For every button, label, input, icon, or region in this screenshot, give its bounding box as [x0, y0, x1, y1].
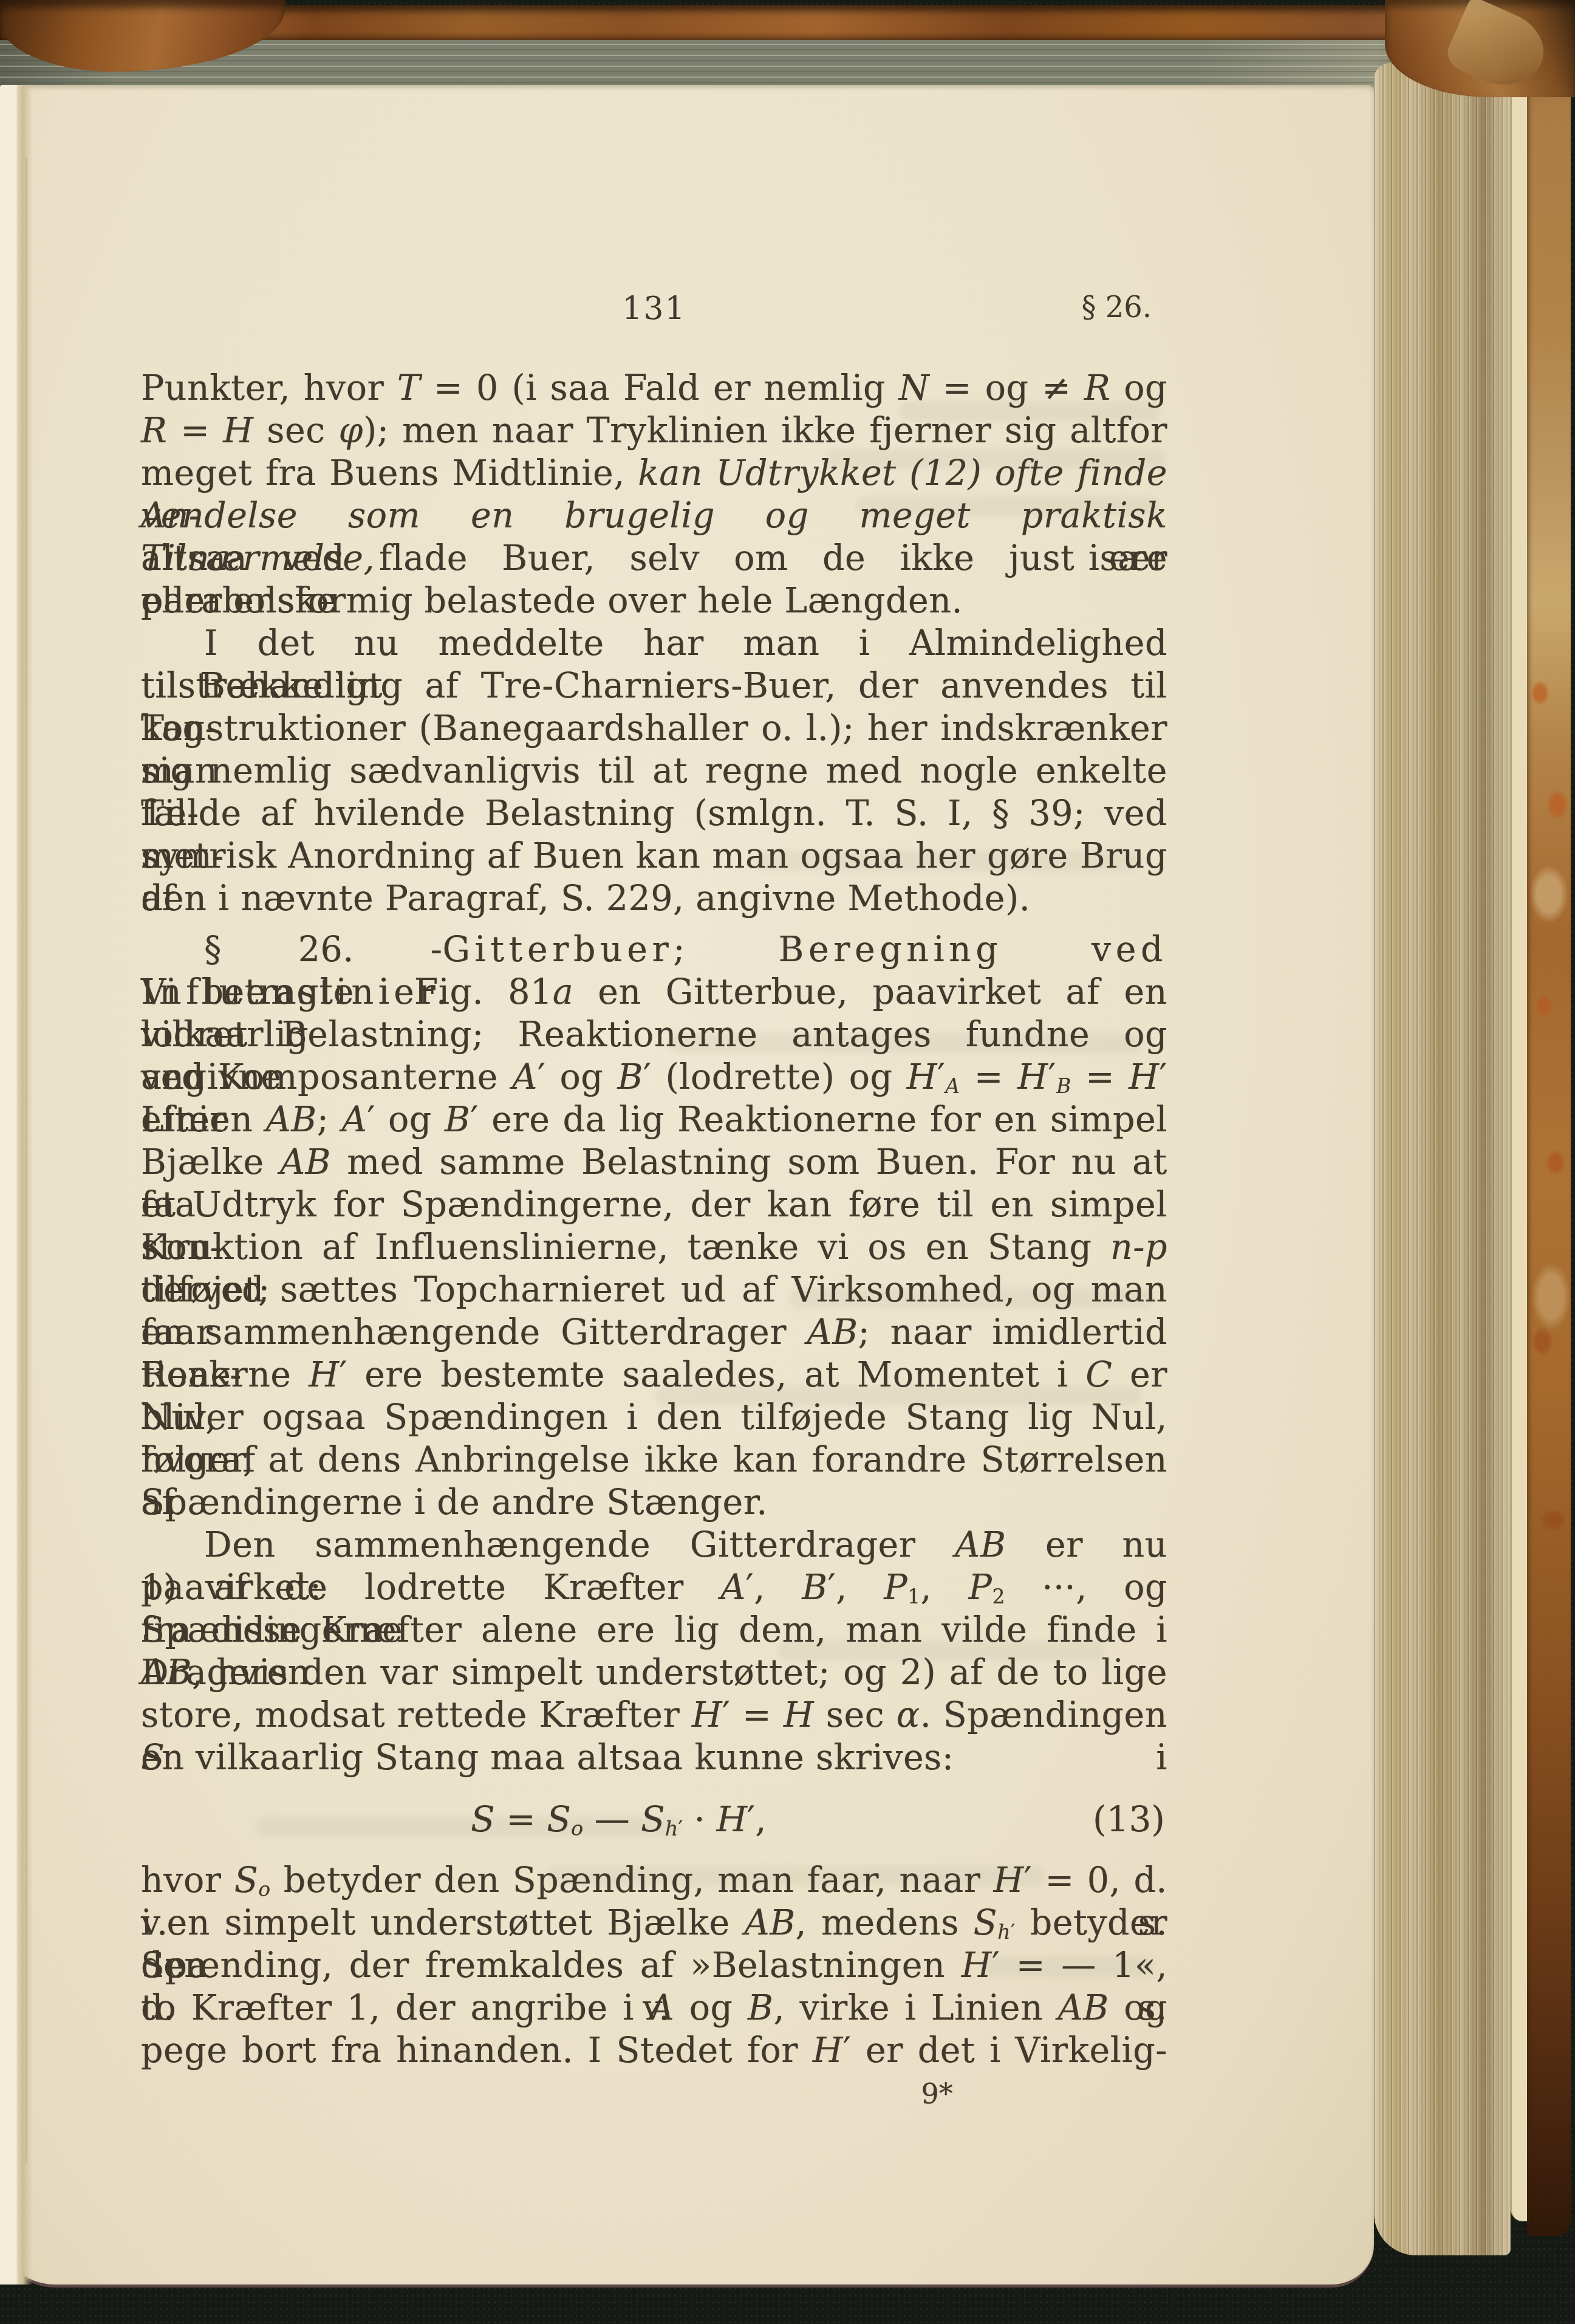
leather-cover-edge: [1527, 0, 1571, 2236]
text-line: vendelse som en brugelig og meget prakti…: [141, 495, 1167, 537]
book-scan: 131 § 26. Punkter, hvor T = 0 (i saa Fal…: [0, 0, 1575, 2324]
page-number: 131: [622, 290, 686, 327]
paragraph: Den sammenhængende Gitterdrager AB er nu…: [141, 1524, 1167, 1779]
formula-body: S = So — Sh′ · H′,: [141, 1798, 767, 1840]
text-line: metrisk Anordning af Buen kan man ogsaa …: [141, 835, 1167, 877]
text-line: fælde af hvilende Belastning (smlgn. T. …: [141, 792, 1167, 835]
text-line: to Kræfter 1, der angribe i A og B, virk…: [141, 1987, 1167, 2029]
text-line: konstruktioner (Banegaardshaller o. l.);…: [141, 707, 1167, 750]
formula: S = So — Sh′ · H′,(13): [141, 1795, 1167, 1843]
paragraph: I det nu meddelte har man i Almindelighe…: [141, 622, 1167, 920]
text-line: Den sammenhængende Gitterdrager AB er nu…: [141, 1524, 1167, 1566]
text-line: hvor So betyder den Spænding, man faar, …: [141, 1859, 1167, 1902]
text-line: 1) af de lodrette Kræfter A′, B′, P1, P2…: [141, 1566, 1167, 1609]
text-line: Spændingerne i de andre Stænger.: [141, 1481, 1167, 1524]
text-line: I det nu meddelte har man i Almindelighe…: [141, 622, 1167, 665]
signature-mark: 9*: [921, 2075, 1167, 2112]
text-line: bliver ogsaa Spændingen i den tilføjede …: [141, 1396, 1167, 1439]
paragraph: hvor So betyder den Spænding, man faar, …: [141, 1859, 1167, 2072]
text-line: AB, hvis den var simpelt understøttet; o…: [141, 1651, 1167, 1694]
text-line: i en simpelt understøttet Bjælke AB, med…: [141, 1902, 1167, 1944]
text-line: den i nævnte Paragraf, S. 229, angivne M…: [141, 877, 1167, 920]
text-line: sig nemlig sædvanligvis til at regne med…: [141, 750, 1167, 792]
section-heading-line: § 26. -Gitterbuer; Beregning ved Influen…: [141, 928, 1167, 971]
text-line: meget fra Buens Midtlinie, kan Udtrykket…: [141, 452, 1167, 495]
text-line: altsaa ved flade Buer, selv om de ikke j…: [141, 537, 1167, 580]
equation-number: (13): [1093, 1795, 1165, 1843]
body-flow: Punkter, hvor T = 0 (i saa Fald er nemli…: [141, 367, 1167, 2072]
book-fore-edge: [1374, 63, 1511, 2255]
text-line: struktion af Influenslinierne, tænke vi …: [141, 1226, 1167, 1269]
text-block: 131 § 26. Punkter, hvor T = 0 (i saa Fal…: [141, 290, 1167, 2112]
text-line: en sammenhængende Gitterdrager AB; naar …: [141, 1311, 1167, 1354]
text-line: til Behandling af Tre-Charniers-Buer, de…: [141, 665, 1167, 707]
text-line: R = H sec φ); men naar Tryklinien ikke f…: [141, 410, 1167, 452]
text-line: Vi betragte i Fig. 81a en Gitterbue, paa…: [141, 971, 1167, 1013]
page-gutter: [0, 85, 33, 2285]
text-line: fra disse Kræfter alene ere lig dem, man…: [141, 1609, 1167, 1651]
page-header: 131 § 26.: [141, 290, 1167, 324]
gutter-crease: [26, 158, 27, 2163]
paragraph: § 26. -Gitterbuer; Beregning ved Influen…: [141, 928, 1167, 1524]
text-line: Spænding, der fremkaldes af »Belastninge…: [141, 1944, 1167, 1987]
text-line: Bjælke AB med samme Belastning som Buen.…: [141, 1141, 1167, 1184]
text-line: følger, at dens Anbringelse ikke kan for…: [141, 1439, 1167, 1481]
text-line: ved Komposanterne A′ og B′ (lodrette) og…: [141, 1056, 1167, 1099]
section-mark: § 26.: [1081, 290, 1152, 324]
book-page: 131 § 26. Punkter, hvor T = 0 (i saa Fal…: [0, 85, 1374, 2288]
text-line: eller ensformig belastede over hele Læng…: [141, 580, 1167, 622]
text-line: tionerne H′ ere bestemte saaledes, at Mo…: [141, 1354, 1167, 1396]
text-line: Linien AB; A′ og B′ ere da lig Reaktione…: [141, 1099, 1167, 1141]
text-line: et Udtryk for Spændingerne, der kan føre…: [141, 1184, 1167, 1226]
text-line: derved sættes Topcharnieret ud af Virkso…: [141, 1269, 1167, 1311]
text-line: store, modsat rettede Kræfter H′ = H sec…: [141, 1694, 1167, 1736]
text-line: lodret Belastning; Reaktionerne antages …: [141, 1013, 1167, 1056]
text-line: Punkter, hvor T = 0 (i saa Fald er nemli…: [141, 367, 1167, 410]
text-line: pege bort fra hinanden. I Stedet for H′ …: [141, 2029, 1167, 2072]
paragraph: Punkter, hvor T = 0 (i saa Fald er nemli…: [141, 367, 1167, 622]
